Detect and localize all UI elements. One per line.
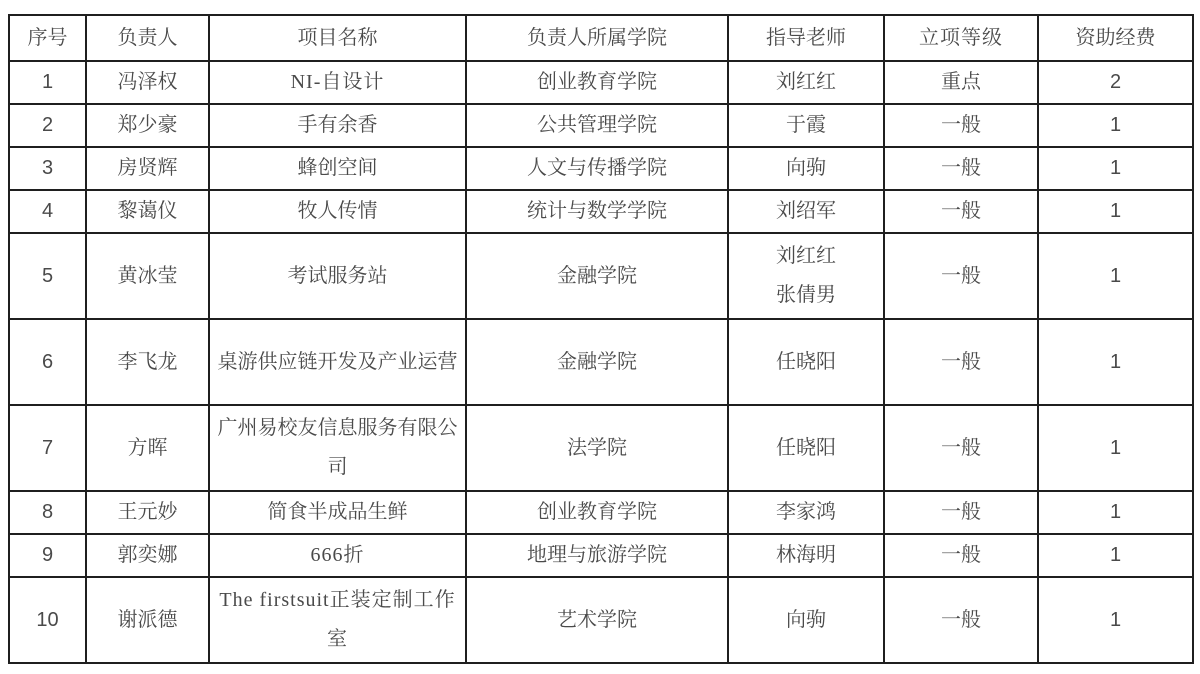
col-header-leader: 负责人 (86, 15, 209, 61)
cell-index: 3 (9, 147, 86, 190)
cell-index: 1 (9, 61, 86, 104)
cell-college: 公共管理学院 (466, 104, 728, 147)
cell-funding: 1 (1038, 147, 1193, 190)
cell-leader: 王元妙 (86, 491, 209, 534)
cell-level: 一般 (884, 233, 1038, 319)
cell-advisor: 任晓阳 (728, 405, 884, 491)
cell-index: 7 (9, 405, 86, 491)
cell-advisor: 向驹 (728, 147, 884, 190)
cell-index: 4 (9, 190, 86, 233)
cell-level: 一般 (884, 104, 1038, 147)
cell-project: 考试服务站 (209, 233, 466, 319)
table-row: 4黎蔼仪牧人传情统计与数学学院刘绍军一般1 (9, 190, 1193, 233)
cell-funding: 1 (1038, 104, 1193, 147)
col-header-funding: 资助经费 (1038, 15, 1193, 61)
cell-college: 金融学院 (466, 319, 728, 405)
cell-project: 牧人传情 (209, 190, 466, 233)
cell-college: 地理与旅游学院 (466, 534, 728, 577)
table-row: 6李飞龙桌游供应链开发及产业运营金融学院任晓阳一般1 (9, 319, 1193, 405)
cell-college: 法学院 (466, 405, 728, 491)
cell-level: 一般 (884, 577, 1038, 663)
cell-funding: 1 (1038, 405, 1193, 491)
cell-advisor: 向驹 (728, 577, 884, 663)
cell-index: 6 (9, 319, 86, 405)
cell-project: 666折 (209, 534, 466, 577)
table-header-row: 序号 负责人 项目名称 负责人所属学院 指导老师 立项等级 资助经费 (9, 15, 1193, 61)
cell-college: 创业教育学院 (466, 491, 728, 534)
cell-advisor: 刘绍军 (728, 190, 884, 233)
cell-level: 一般 (884, 534, 1038, 577)
cell-leader: 黎蔼仪 (86, 190, 209, 233)
cell-level: 一般 (884, 147, 1038, 190)
cell-advisor: 于霞 (728, 104, 884, 147)
table-row: 5黄冰莹考试服务站金融学院刘红红 张倩男一般1 (9, 233, 1193, 319)
cell-project: 广州易校友信息服务有限公司 (209, 405, 466, 491)
cell-project: 蜂创空间 (209, 147, 466, 190)
cell-leader: 房贤辉 (86, 147, 209, 190)
cell-index: 2 (9, 104, 86, 147)
col-header-project: 项目名称 (209, 15, 466, 61)
cell-leader: 黄冰莹 (86, 233, 209, 319)
col-header-college: 负责人所属学院 (466, 15, 728, 61)
cell-index: 8 (9, 491, 86, 534)
cell-college: 人文与传播学院 (466, 147, 728, 190)
cell-college: 艺术学院 (466, 577, 728, 663)
cell-leader: 冯泽权 (86, 61, 209, 104)
cell-level: 重点 (884, 61, 1038, 104)
col-header-index: 序号 (9, 15, 86, 61)
cell-level: 一般 (884, 491, 1038, 534)
cell-advisor: 李家鸿 (728, 491, 884, 534)
cell-leader: 方晖 (86, 405, 209, 491)
cell-advisor: 刘红红 张倩男 (728, 233, 884, 319)
table-row: 2郑少豪手有余香公共管理学院于霞一般1 (9, 104, 1193, 147)
cell-leader: 李飞龙 (86, 319, 209, 405)
col-header-level: 立项等级 (884, 15, 1038, 61)
cell-project: 简食半成品生鲜 (209, 491, 466, 534)
cell-level: 一般 (884, 190, 1038, 233)
cell-funding: 1 (1038, 577, 1193, 663)
project-table: 序号 负责人 项目名称 负责人所属学院 指导老师 立项等级 资助经费 1冯泽权N… (8, 14, 1194, 664)
cell-index: 5 (9, 233, 86, 319)
cell-advisor: 刘红红 (728, 61, 884, 104)
col-header-advisor: 指导老师 (728, 15, 884, 61)
cell-funding: 1 (1038, 491, 1193, 534)
cell-index: 9 (9, 534, 86, 577)
cell-college: 创业教育学院 (466, 61, 728, 104)
cell-level: 一般 (884, 405, 1038, 491)
table-row: 10谢派德The firstsuit正装定制工作室艺术学院向驹一般1 (9, 577, 1193, 663)
cell-advisor: 任晓阳 (728, 319, 884, 405)
table-row: 7方晖广州易校友信息服务有限公司法学院任晓阳一般1 (9, 405, 1193, 491)
cell-advisor: 林海明 (728, 534, 884, 577)
table-row: 1冯泽权NI-自设计创业教育学院刘红红重点2 (9, 61, 1193, 104)
cell-project: 手有余香 (209, 104, 466, 147)
cell-index: 10 (9, 577, 86, 663)
cell-level: 一般 (884, 319, 1038, 405)
cell-funding: 1 (1038, 233, 1193, 319)
cell-project: The firstsuit正装定制工作室 (209, 577, 466, 663)
cell-funding: 1 (1038, 534, 1193, 577)
cell-college: 金融学院 (466, 233, 728, 319)
table-row: 3房贤辉蜂创空间人文与传播学院向驹一般1 (9, 147, 1193, 190)
cell-leader: 谢派德 (86, 577, 209, 663)
cell-funding: 1 (1038, 319, 1193, 405)
table-row: 8王元妙简食半成品生鲜创业教育学院李家鸿一般1 (9, 491, 1193, 534)
cell-funding: 2 (1038, 61, 1193, 104)
cell-leader: 郑少豪 (86, 104, 209, 147)
cell-project: 桌游供应链开发及产业运营 (209, 319, 466, 405)
page: 序号 负责人 项目名称 负责人所属学院 指导老师 立项等级 资助经费 1冯泽权N… (0, 0, 1200, 674)
cell-college: 统计与数学学院 (466, 190, 728, 233)
table-body: 1冯泽权NI-自设计创业教育学院刘红红重点22郑少豪手有余香公共管理学院于霞一般… (9, 61, 1193, 663)
table-row: 9郭奕娜666折地理与旅游学院林海明一般1 (9, 534, 1193, 577)
cell-leader: 郭奕娜 (86, 534, 209, 577)
cell-project: NI-自设计 (209, 61, 466, 104)
cell-funding: 1 (1038, 190, 1193, 233)
